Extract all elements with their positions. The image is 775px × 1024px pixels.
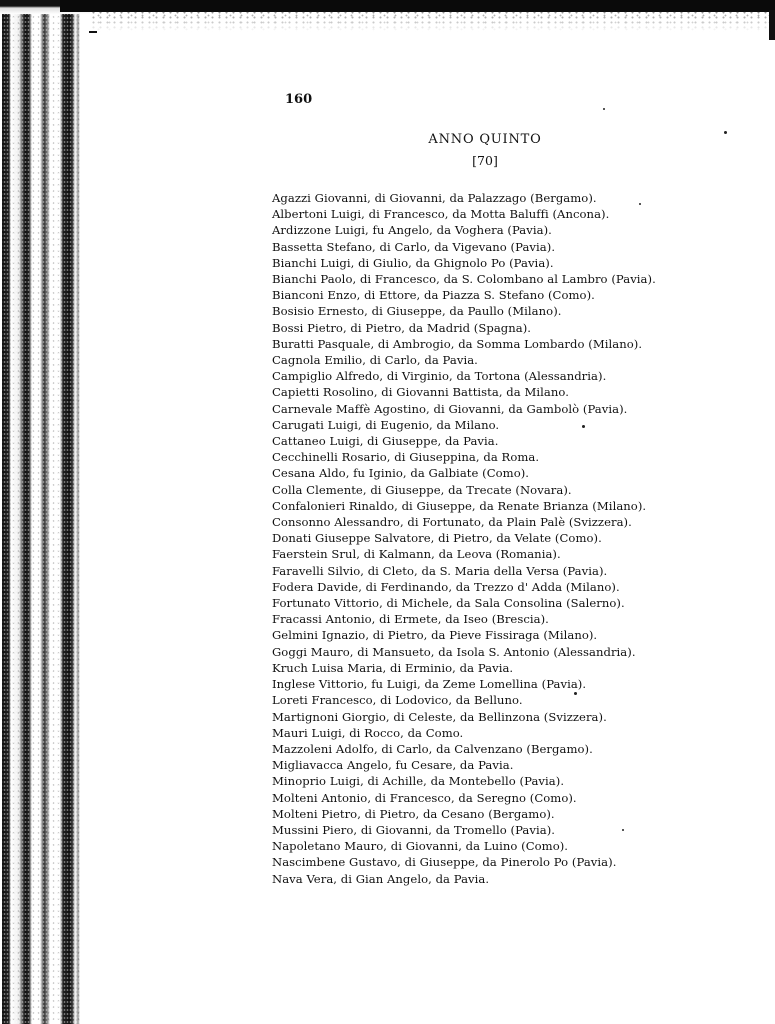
- list-item: Bosisio Ernesto, di Giuseppe, da Paullo …: [272, 303, 656, 319]
- list-item: Capietti Rosolino, di Giovanni Battista,…: [272, 384, 656, 400]
- list-item: Cattaneo Luigi, di Giuseppe, da Pavia.: [272, 433, 656, 449]
- list-item: Nava Vera, di Gian Angelo, da Pavia.: [272, 871, 656, 887]
- list-item: Martignoni Giorgio, di Celeste, da Belli…: [272, 709, 656, 725]
- list-item: Nascimbene Gustavo, di Giuseppe, da Pine…: [272, 854, 656, 870]
- name-list: Agazzi Giovanni, di Giovanni, da Palazza…: [272, 190, 656, 887]
- list-item: Molteni Antonio, di Francesco, da Seregn…: [272, 790, 656, 806]
- list-item: Napoletano Mauro, di Giovanni, da Luino …: [272, 838, 656, 854]
- list-item: Minoprio Luigi, di Achille, da Montebell…: [272, 773, 656, 789]
- list-item: Bianchi Paolo, di Francesco, da S. Colom…: [272, 271, 656, 287]
- list-item: Cesana Aldo, fu Iginio, da Galbiate (Com…: [272, 465, 656, 481]
- list-item: Bianconi Enzo, di Ettore, da Piazza S. S…: [272, 287, 656, 303]
- binding-scan-noise: [0, 0, 82, 1024]
- list-item: Fracassi Antonio, di Ermete, da Iseo (Br…: [272, 611, 656, 627]
- list-item: Fortunato Vittorio, di Michele, da Sala …: [272, 595, 656, 611]
- list-item: Cecchinelli Rosario, di Giuseppina, da R…: [272, 449, 656, 465]
- list-item: Donati Giuseppe Salvatore, di Pietro, da…: [272, 530, 656, 546]
- list-item: Faravelli Silvio, di Cleto, da S. Maria …: [272, 563, 656, 579]
- running-title: ANNO QUINTO: [385, 132, 585, 147]
- section-number: [70]: [385, 153, 585, 168]
- list-item: Confalonieri Rinaldo, di Giuseppe, da Re…: [272, 498, 656, 514]
- list-item: Bassetta Stefano, di Carlo, da Vigevano …: [272, 239, 656, 255]
- scan-top-speckle: [90, 10, 775, 32]
- list-item: Gelmini Ignazio, di Pietro, da Pieve Fis…: [272, 627, 656, 643]
- list-item: Goggi Mauro, di Mansueto, da Isola S. An…: [272, 644, 656, 660]
- list-item: Loreti Francesco, di Lodovico, da Bellun…: [272, 692, 656, 708]
- list-item: Fodera Davide, di Ferdinando, da Trezzo …: [272, 579, 656, 595]
- scan-speck: [603, 108, 605, 110]
- list-item: Albertoni Luigi, di Francesco, da Motta …: [272, 206, 656, 222]
- list-item: Carugati Luigi, di Eugenio, da Milano.: [272, 417, 656, 433]
- list-item: Mauri Luigi, di Rocco, da Como.: [272, 725, 656, 741]
- list-item: Agazzi Giovanni, di Giovanni, da Palazza…: [272, 190, 656, 206]
- list-item: Mussini Piero, di Giovanni, da Tromello …: [272, 822, 656, 838]
- scan-speck: [622, 829, 624, 831]
- list-item: Buratti Pasquale, di Ambrogio, da Somma …: [272, 336, 656, 352]
- list-item: Kruch Luisa Maria, di Erminio, da Pavia.: [272, 660, 656, 676]
- list-item: Inglese Vittorio, fu Luigi, da Zeme Lome…: [272, 676, 656, 692]
- list-item: Faerstein Srul, di Kalmann, da Leova (Ro…: [272, 546, 656, 562]
- scan-speck: [724, 131, 727, 134]
- page-number: 160: [285, 92, 312, 107]
- list-item: Colla Clemente, di Giuseppe, da Trecate …: [272, 482, 656, 498]
- scan-corner-mark: [769, 10, 775, 40]
- list-item: Bossi Pietro, di Pietro, da Madrid (Spag…: [272, 320, 656, 336]
- scan-speck: [582, 425, 585, 428]
- list-item: Bianchi Luigi, di Giulio, da Ghignolo Po…: [272, 255, 656, 271]
- list-item: Consonno Alessandro, di Fortunato, da Pl…: [272, 514, 656, 530]
- margin-dash-mark: [89, 31, 97, 33]
- list-item: Migliavacca Angelo, fu Cesare, da Pavia.: [272, 757, 656, 773]
- list-item: Campiglio Alfredo, di Virginio, da Torto…: [272, 368, 656, 384]
- scan-speck: [639, 203, 641, 205]
- list-item: Cagnola Emilio, di Carlo, da Pavia.: [272, 352, 656, 368]
- list-item: Carnevale Maffè Agostino, di Giovanni, d…: [272, 401, 656, 417]
- scan-speck: [574, 692, 577, 695]
- list-item: Mazzoleni Adolfo, di Carlo, da Calvenzan…: [272, 741, 656, 757]
- list-item: Ardizzone Luigi, fu Angelo, da Voghera (…: [272, 222, 656, 238]
- list-item: Molteni Pietro, di Pietro, da Cesano (Be…: [272, 806, 656, 822]
